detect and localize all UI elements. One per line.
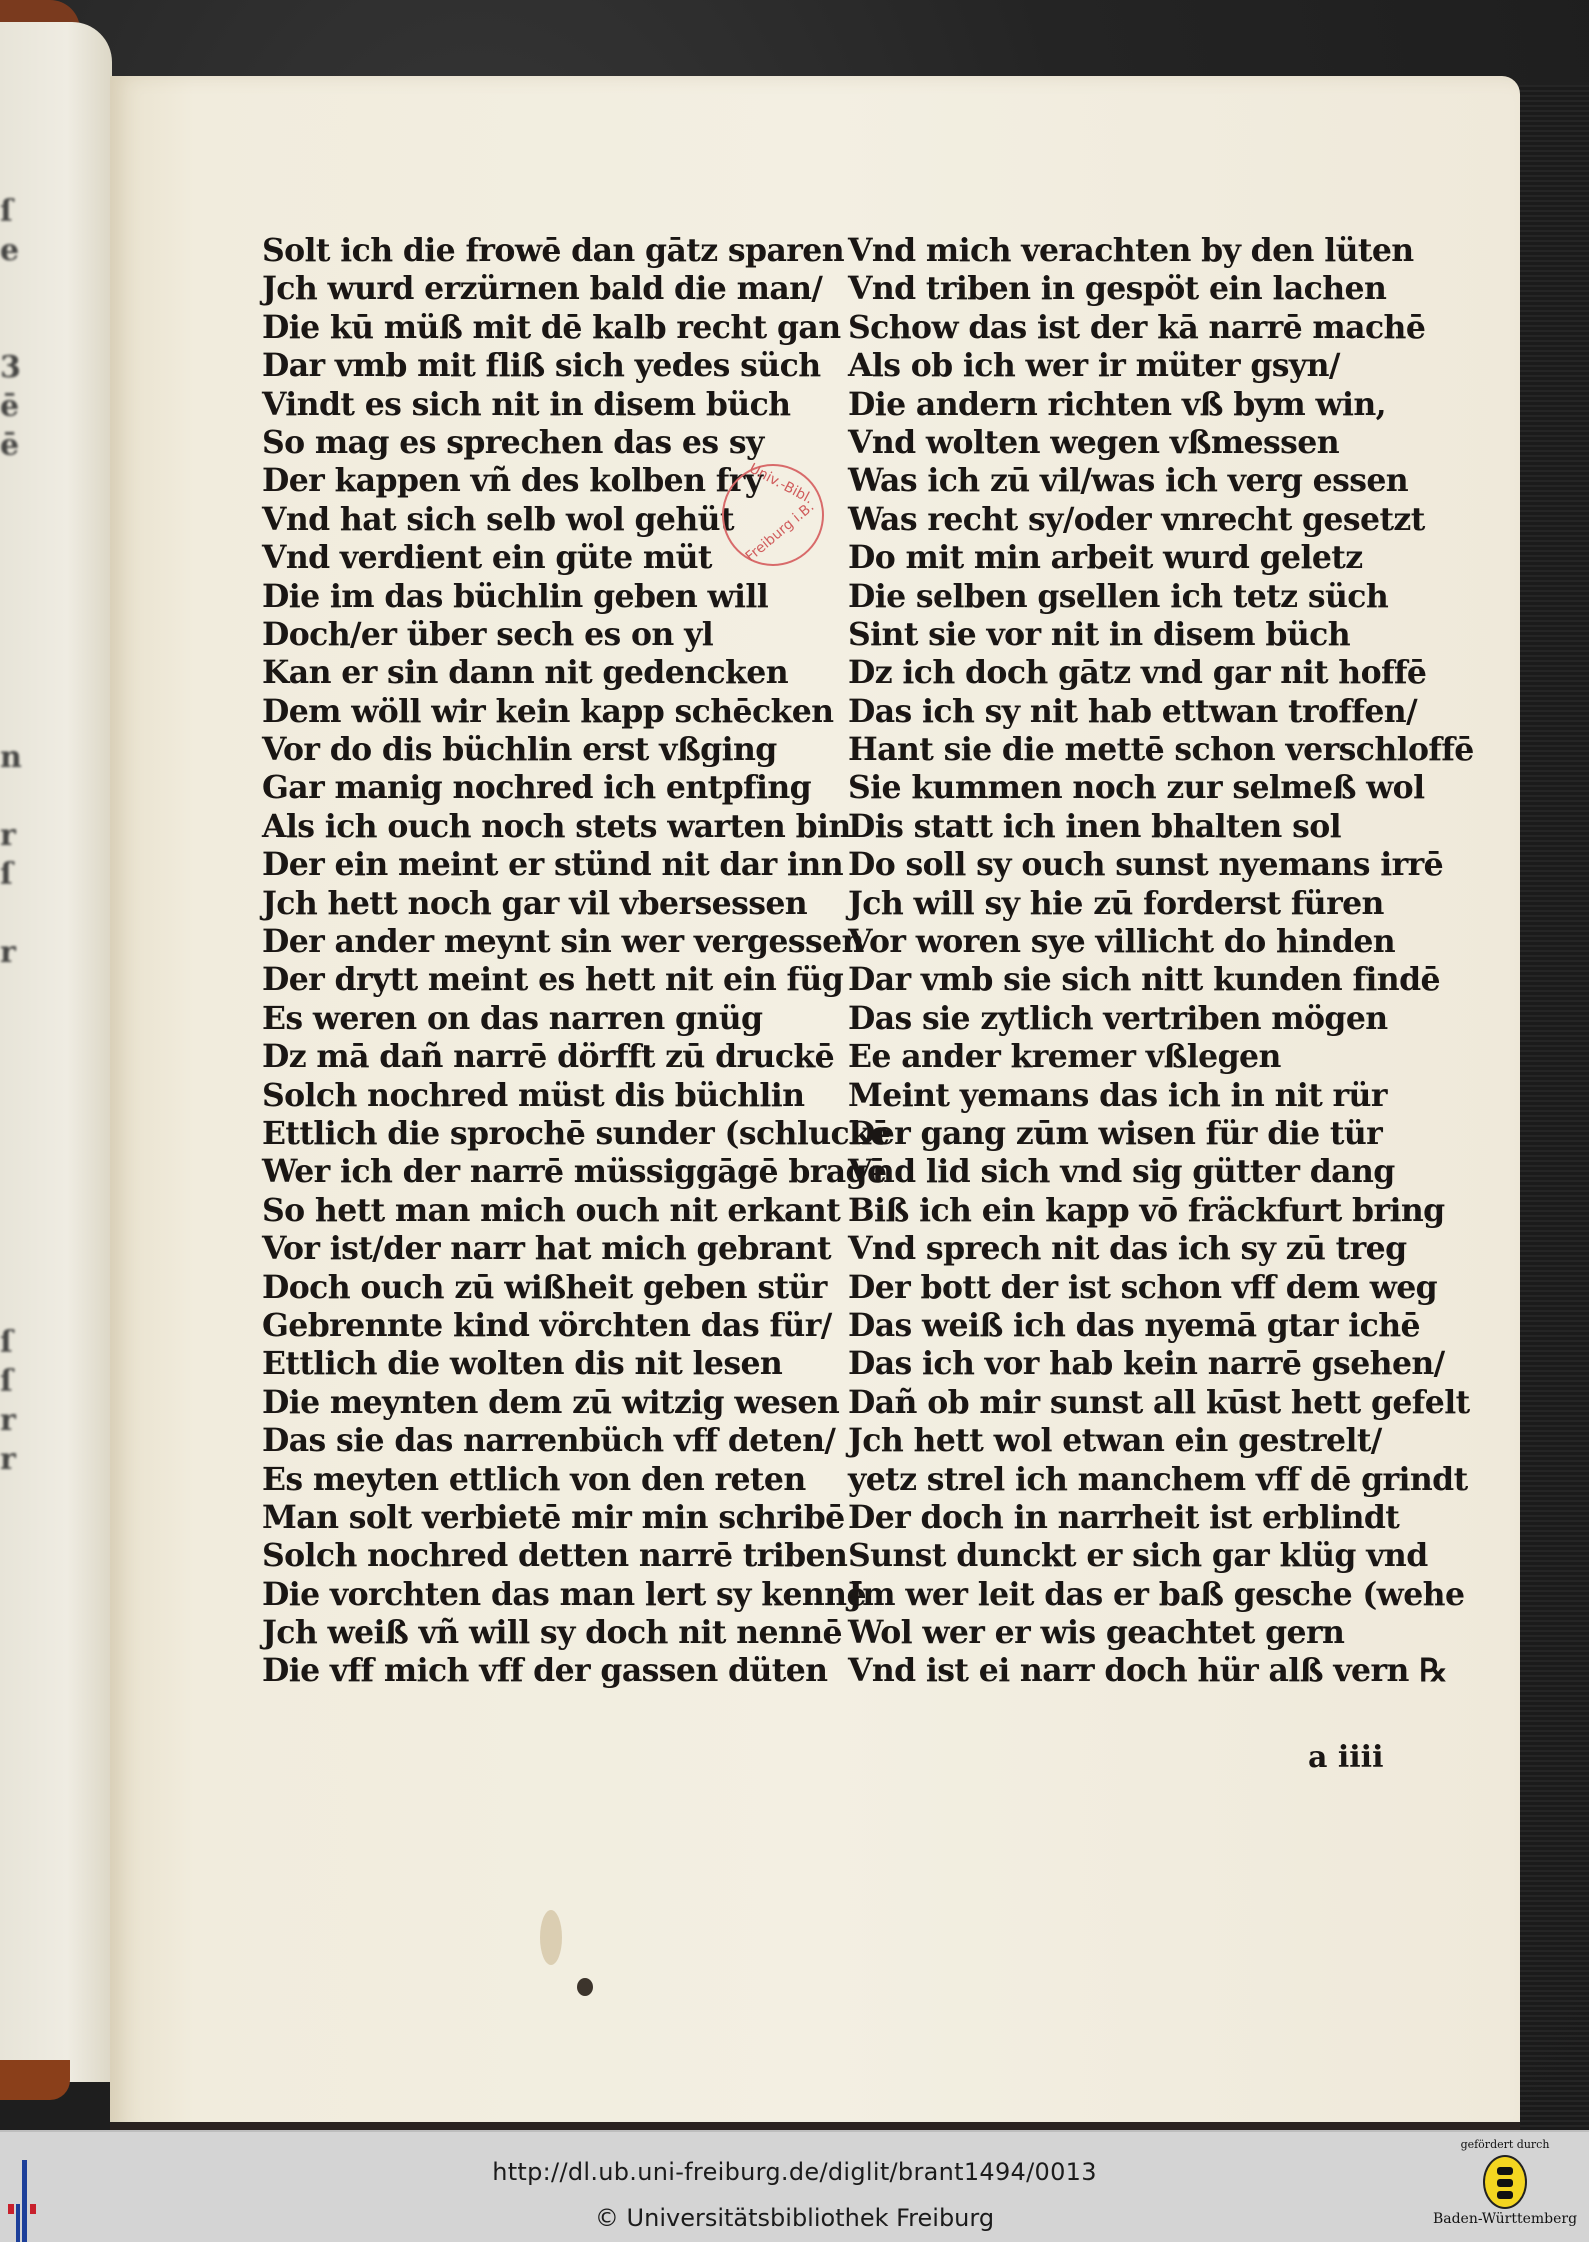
copyright-notice: © Universitätsbibliothek Freiburg bbox=[0, 2204, 1589, 2232]
verse-line: Vnd triben in gespöt ein lachen bbox=[848, 270, 1474, 308]
verse-line: Solt ich die frowē dan gātz sparen bbox=[262, 232, 890, 270]
verse-line: Sunst dunckt er sich gar klüg vnd bbox=[848, 1537, 1474, 1575]
previous-page-edge-bottom bbox=[0, 2060, 70, 2100]
previous-page-text-fragments: ſe3ēēnrſrſſrr bbox=[0, 192, 20, 1479]
verse-line: Do soll sy ouch sunst nyemans irrē bbox=[848, 846, 1474, 884]
verse-line: Dar vmb mit fliß sich yedes süch bbox=[262, 347, 890, 385]
verse-line: Es weren on das narren gnüg bbox=[262, 1000, 890, 1038]
verse-line: Vnd wolten wegen vßmessen bbox=[848, 424, 1474, 462]
verse-line: Doch ouch zū wißheit geben stür bbox=[262, 1269, 890, 1307]
verse-line: Schow das ist der kā narrē machē bbox=[848, 309, 1474, 347]
verse-line: Die kū müß mit dē kalb recht gan bbox=[262, 309, 890, 347]
verse-line: Dem wöll wir kein kapp schēcken bbox=[262, 693, 890, 731]
funding-region: Baden-Württemberg bbox=[1430, 2211, 1580, 2227]
binding-cloth bbox=[1515, 85, 1589, 2130]
previous-page: ſe3ēēnrſrſſrr bbox=[0, 22, 112, 2082]
verse-line: Meint yemans das ich in nit rür bbox=[848, 1077, 1474, 1115]
baden-wuerttemberg-crest-icon bbox=[1483, 2155, 1527, 2209]
text-column-left: Solt ich die frowē dan gātz sparen Jch w… bbox=[262, 232, 890, 1691]
paper-stain bbox=[540, 1910, 562, 1965]
verse-line: Der ein meint er stünd nit dar inn bbox=[262, 846, 890, 884]
verse-line: Do mit min arbeit wurd geletz bbox=[848, 539, 1474, 577]
funding-label: gefördert durch bbox=[1430, 2138, 1580, 2151]
verse-line: Jm wer leit das er baß gesche (wehe bbox=[848, 1576, 1474, 1614]
verse-line: Sie kummen noch zur selmeß wol bbox=[848, 769, 1474, 807]
verse-line: Vor woren sye villicht do hinden bbox=[848, 923, 1474, 961]
verse-line: Gebrennte kind vörchten das für/ bbox=[262, 1307, 890, 1345]
verse-line: Hant sie die mettē schon verschloffē bbox=[848, 731, 1474, 769]
verse-line: Die im das büchlin geben will bbox=[262, 578, 890, 616]
verse-line: Das sie das narrenbüch vff deten/ bbox=[262, 1422, 890, 1460]
funding-badge: gefördert durch Baden-Württemberg bbox=[1430, 2138, 1580, 2227]
verse-line: Dz mā dañ narrē dörfft zū druckē bbox=[262, 1038, 890, 1076]
verse-line: Man solt verbietē mir min schribē bbox=[262, 1499, 890, 1537]
verse-line: So mag es sprechen das es sy bbox=[262, 424, 890, 462]
verse-line: Ettlich die sprochē sunder (schluckē bbox=[262, 1115, 890, 1153]
verse-line: Jch wurd erzürnen bald die man/ bbox=[262, 270, 890, 308]
verse-line: Dis statt ich inen bhalten sol bbox=[848, 808, 1474, 846]
library-stamp: Univ.-Bibl. Freiburg i.B. bbox=[722, 464, 824, 566]
verse-line: Jch hett wol etwan ein gestrelt/ bbox=[848, 1422, 1474, 1460]
verse-line: Als ob ich wer ir müter gsyn/ bbox=[848, 347, 1474, 385]
page-bottom-edge bbox=[110, 2122, 1520, 2130]
verse-line: Vnd sprech nit das ich sy zū treg bbox=[848, 1230, 1474, 1268]
text-column-right: Vnd mich verachten by den lüten Vnd trib… bbox=[848, 232, 1474, 1691]
signature-mark: a iiii bbox=[1308, 1740, 1383, 1775]
verse-line: Als ich ouch noch stets warten bin bbox=[262, 808, 890, 846]
verse-line: Vor ist/der narr hat mich gebrant bbox=[262, 1230, 890, 1268]
verse-line: Was ich zū vil/was ich verg essen bbox=[848, 462, 1474, 500]
verse-line: Das weiß ich das nyemā gtar ichē bbox=[848, 1307, 1474, 1345]
verse-line: Ettlich die wolten dis nit lesen bbox=[262, 1345, 890, 1383]
verse-line: Jch hett noch gar vil vbersessen bbox=[262, 885, 890, 923]
verse-line: Jch weiß vñ will sy doch nit nennē bbox=[262, 1614, 890, 1652]
verse-line: Das ich sy nit hab ettwan troffen/ bbox=[848, 693, 1474, 731]
viewer-footer: http://dl.ub.uni-freiburg.de/diglit/bran… bbox=[0, 2130, 1589, 2242]
verse-line: Vor do dis büchlin erst vßging bbox=[262, 731, 890, 769]
verse-line: Der ander meynt sin wer vergessen bbox=[262, 923, 890, 961]
verse-line: yetz strel ich manchem vff dē grindt bbox=[848, 1461, 1474, 1499]
verse-line: Dañ ob mir sunst all kūst hett gefelt bbox=[848, 1384, 1474, 1422]
verse-line: Das ich vor hab kein narrē gsehen/ bbox=[848, 1345, 1474, 1383]
verse-line: Sint sie vor nit in disem büch bbox=[848, 616, 1474, 654]
verse-line: Solch nochred müst dis büchlin bbox=[262, 1077, 890, 1115]
verse-line: Doch/er über sech es on yl bbox=[262, 616, 890, 654]
verse-line: Vindt es sich nit in disem büch bbox=[262, 386, 890, 424]
verse-line: So hett man mich ouch nit erkant bbox=[262, 1192, 890, 1230]
verse-line: Das sie zytlich vertriben mögen bbox=[848, 1000, 1474, 1038]
verse-line: Jch will sy hie zū forderst füren bbox=[848, 885, 1474, 923]
verse-line: Vnd ist ei narr doch hür alß vern ℞ bbox=[848, 1652, 1474, 1690]
verse-line: Ee ander kremer vßlegen bbox=[848, 1038, 1474, 1076]
verse-line: Die vorchten das man lert sy kennē bbox=[262, 1576, 890, 1614]
verse-line: Die meynten dem zū witzig wesen bbox=[262, 1384, 890, 1422]
paper-hole bbox=[577, 1978, 593, 1996]
verse-line: Der bott der ist schon vff dem weg bbox=[848, 1269, 1474, 1307]
permalink-url[interactable]: http://dl.ub.uni-freiburg.de/diglit/bran… bbox=[0, 2158, 1589, 2186]
verse-line: Gar manig nochred ich entpfing bbox=[262, 769, 890, 807]
verse-line: Die selben gsellen ich tetz süch bbox=[848, 578, 1474, 616]
verse-line: Dar vmb sie sich nitt kunden findē bbox=[848, 961, 1474, 999]
verse-line: Vnd mich verachten by den lüten bbox=[848, 232, 1474, 270]
verse-line: Kan er sin dann nit gedencken bbox=[262, 654, 890, 692]
verse-line: Solch nochred detten narrē triben bbox=[262, 1537, 890, 1575]
verse-line: Der doch in narrheit ist erblindt bbox=[848, 1499, 1474, 1537]
verse-line: Biß ich ein kapp vō fräckfurt bring bbox=[848, 1192, 1474, 1230]
verse-line: Der drytt meint es hett nit ein füg bbox=[262, 961, 890, 999]
verse-line: Der gang zūm wisen für die tür bbox=[848, 1115, 1474, 1153]
verse-line: Wer ich der narrē müssiggāgē bragē bbox=[262, 1153, 890, 1191]
verse-line: Dz ich doch gātz vnd gar nit hoffē bbox=[848, 654, 1474, 692]
verse-line: Was recht sy/oder vnrecht gesetzt bbox=[848, 501, 1474, 539]
verse-line: Wol wer er wis geachtet gern bbox=[848, 1614, 1474, 1652]
verse-line: Vnd lid sich vnd sig gütter dang bbox=[848, 1153, 1474, 1191]
verse-line: Die andern richten vß bym win, bbox=[848, 386, 1474, 424]
verse-line: Es meyten ettlich von den reten bbox=[262, 1461, 890, 1499]
verse-line: Die vff mich vff der gassen düten bbox=[262, 1652, 890, 1690]
